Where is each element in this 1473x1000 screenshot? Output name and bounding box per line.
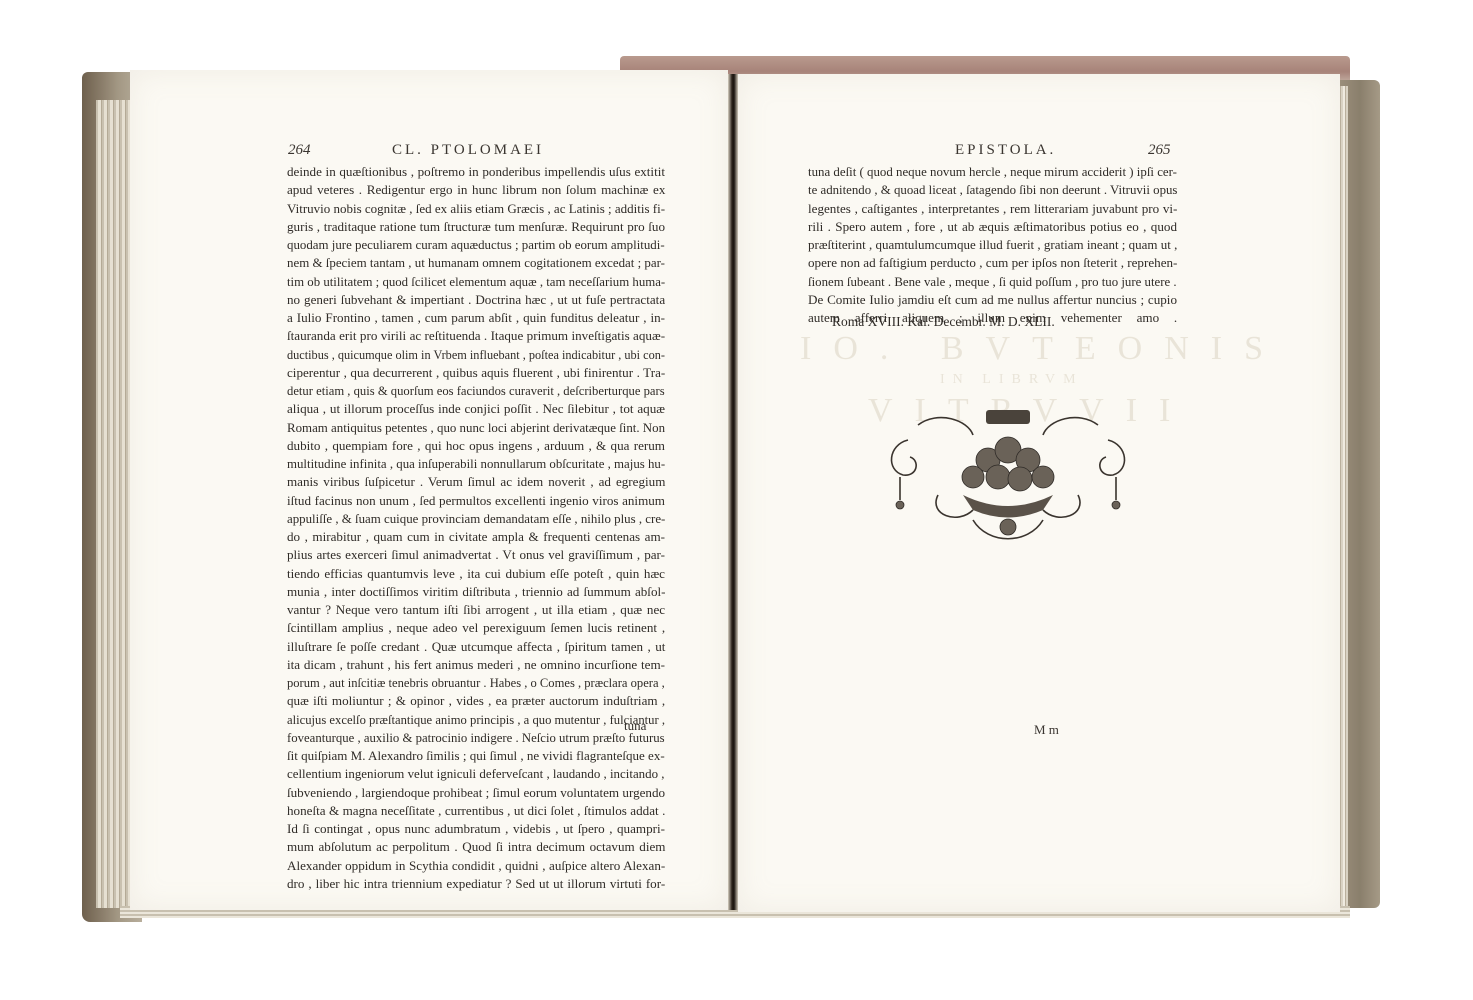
open-book: 264 CL. PTOLOMAEI deinde in quæſtionibus… (0, 0, 1473, 1000)
text-line: manis viribus ſuſpicetur . Verum ſimul a… (287, 473, 665, 491)
text-line: Romam antiquitus petentes , quo nunc loc… (287, 419, 659, 437)
text-line: porum , aut inſcitiæ tenebris obruantur … (287, 674, 650, 692)
text-line: tuna deſit ( quod neque novum hercle , n… (808, 163, 1171, 181)
catchword: tuna (624, 718, 646, 734)
text-line: detur etiam , quis & quorſum eos faciund… (287, 382, 652, 400)
text-line: vantur ? Neque vero tantum iſti ſibi arr… (287, 601, 665, 619)
text-line: te adnitendo , & quoad liceat , ſatagend… (808, 181, 1170, 199)
text-line: tiendo efficias quantumvis leve , ita cu… (287, 565, 665, 583)
text-line: apud veteres . Redigentur ergo in hunc l… (287, 181, 665, 199)
text-line: ſit quiſpiam M. Alexandro ſimilis ; qui … (287, 747, 663, 765)
text-line: legentes , caſtigantes , interpretantes … (808, 200, 1177, 218)
text-line: do , mirabitur , quam cum in civitate am… (287, 528, 665, 546)
text-line: tim ob utilitatem ; quod ſcilicet elemen… (287, 273, 657, 291)
text-line: a Iulio Frontino , tamen , cum parum abſ… (287, 309, 665, 327)
text-line: ductibus , quicumque olim in Vrbem influ… (287, 346, 642, 364)
text-line: præſtiterint , quamtulumcumque illud fue… (808, 236, 1174, 254)
text-line: ſionem ſubeant . Bene vale , meque , ſi … (808, 273, 1170, 291)
text-line: deinde in quæſtionibus , poſtremo in pon… (287, 163, 665, 181)
running-head-left: CL. PTOLOMAEI (392, 142, 544, 159)
text-line: guris , traditaque ratione tum ſtructuræ… (287, 218, 665, 236)
text-line: Vitruvio nobis cognitæ , ſed ex aliis et… (287, 200, 662, 218)
text-line: plius artes exerceri ſimul animadvertat … (287, 546, 665, 564)
signature-mark: M m (1034, 722, 1059, 738)
show-through-line-1: IO. BVTEONIS (800, 330, 1285, 368)
text-line: multitudine infinita , qua inſuperabili … (287, 455, 658, 473)
text-line: munia , inter doctiſſimos viritim diſtri… (287, 583, 665, 601)
text-line: no generi ſubvehant & impertiant . Doctr… (287, 291, 665, 309)
text-line: honeſta & magna neceſſitate , currentibu… (287, 802, 665, 820)
text-line: Alexander oppidum in Scythia condidit , … (287, 857, 665, 875)
dateline: Roma XVIII. Kal. Decembr. M. D. XLII. (832, 314, 1055, 330)
text-line: ſubveniendo , largiendoque prohibeat ; ſ… (287, 784, 665, 802)
text-line: opere non ad faſtigium perducto , cum pe… (808, 254, 1177, 272)
floral-basket-ornament-icon (878, 405, 1138, 555)
text-line: ſcintillam amplius , neque adeo vel pere… (287, 619, 665, 637)
page-number-left: 264 (288, 142, 311, 159)
text-line: iſtud facinus non unum , ſed permultos e… (287, 492, 665, 510)
text-line: cellentium ingeniorum velut igniculi def… (287, 765, 660, 783)
right-body-text: tuna deſit ( quod neque novum hercle , n… (808, 163, 1177, 327)
text-line: quæ iſti moliuntur ; & opinor , vides , … (287, 692, 665, 710)
text-line: dubito , quempiam fore , qui hoc opus in… (287, 437, 665, 455)
text-line: ita dicam , trahunt , his fert animus me… (287, 656, 665, 674)
text-line: foveanturque , auxilio & patrocinio indi… (287, 729, 655, 747)
text-line: quodam jure peculiarem curam aquæductus … (287, 236, 659, 254)
text-line: nem & ſpeciem tantam , ut humanam omnem … (287, 254, 660, 272)
text-line: alicujus excelſo præſtantique animo prin… (287, 711, 652, 729)
text-line: aliqua , ut illorum proceſſus inde conji… (287, 400, 665, 418)
show-through-line-2: IN LIBRVM (940, 372, 1084, 388)
text-line: mum abſolutum ac perpolitum . Quod ſi in… (287, 838, 665, 856)
text-line: Id ſi contingat , opus nunc adumbratum ,… (287, 820, 665, 838)
left-body-text: deinde in quæſtionibus , poſtremo in pon… (287, 163, 665, 893)
text-line: ciperentur , qua decurrerent , quibus aq… (287, 364, 665, 382)
text-line: dro , liber hic intra triennium expediat… (287, 875, 665, 893)
page-number-right: 265 (1148, 142, 1171, 159)
text-line: illuſtrare ſe poſſe credant . Quæ utcumq… (287, 638, 665, 656)
text-line: De Comite Iulio jamdiu eſt cum ad me nul… (808, 291, 1177, 309)
text-line: rili . Spero autem , fore , ut ab æquis … (808, 218, 1177, 236)
text-line: ſtauranda erit pro virili ac reſtituenda… (287, 327, 665, 345)
running-head-right: EPISTOLA. (955, 142, 1056, 159)
text-line: appuliſſe , & ſuam cuique provinciam dem… (287, 510, 659, 528)
gutter (728, 74, 738, 910)
